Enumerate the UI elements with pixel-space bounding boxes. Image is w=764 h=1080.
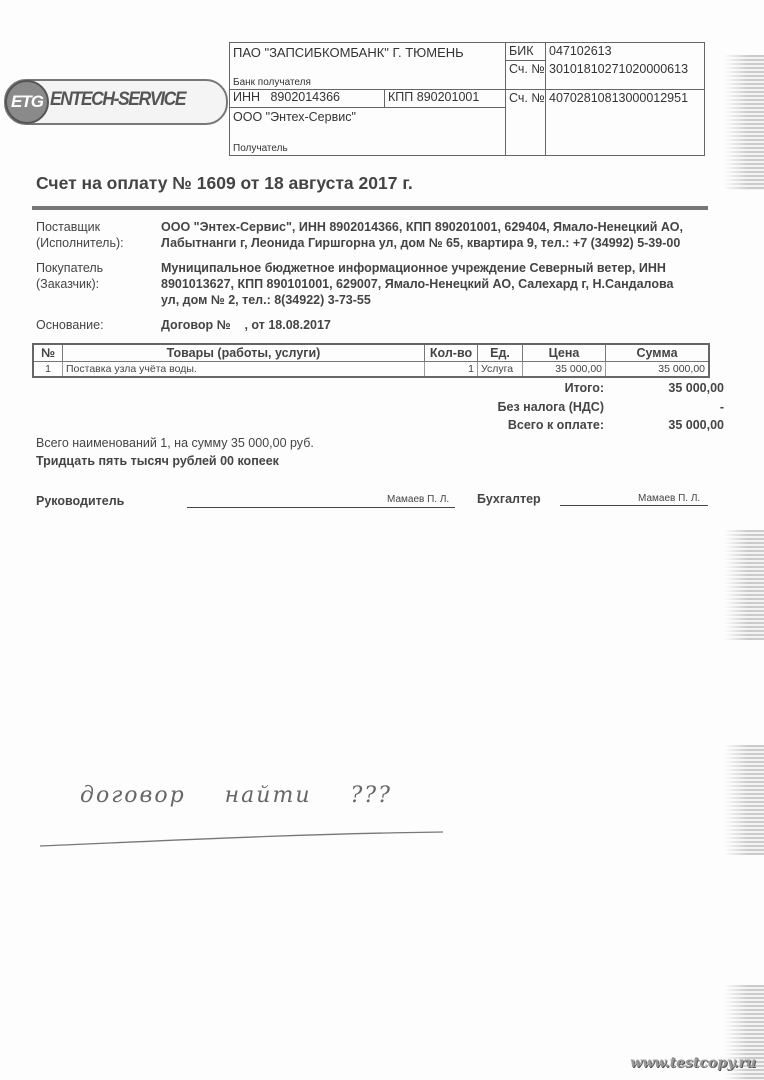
bank-details-table: ПАО "ЗАПСИБКОМБАНК" Г. ТЮМЕНЬ Банк получ… <box>229 42 705 156</box>
recipient-label: Получатель <box>233 143 288 154</box>
corr-account-value: 30101810271020000613 <box>546 61 704 89</box>
bank-name: ПАО "ЗАПСИБКОМБАНК" Г. ТЮМЕНЬ <box>233 45 464 60</box>
row-sum: 35 000,00 <box>606 362 710 378</box>
grand-total-value: 35 000,00 <box>604 418 724 437</box>
supplier-line-1: ООО "Энтех-Сервис", ИНН 8902014366, КПП … <box>161 219 683 235</box>
director-label: Руководитель <box>36 493 124 509</box>
buyer-label-line-1: Покупатель <box>36 260 103 276</box>
vat-label: Без налога (НДС) <box>404 400 604 419</box>
supplier-line-2: Лабытнанги г, Леонида Гиршгорна ул, дом … <box>161 235 683 251</box>
supplier-details: ООО "Энтех-Сервис", ИНН 8902014366, КПП … <box>161 219 683 251</box>
inn-value: 8902014366 <box>270 90 340 104</box>
bank-name-cell: ПАО "ЗАПСИБКОМБАНК" Г. ТЮМЕНЬ Банк получ… <box>230 43 506 89</box>
buyer-line-2: 8901013627, КПП 890101001, 629007, Ямало… <box>161 276 673 292</box>
vat-row: Без налога (НДС) - <box>404 400 724 419</box>
table-row: 1 Поставка узла учёта воды. 1 Услуга 35 … <box>33 362 709 378</box>
inn-label: ИНН <box>233 90 260 104</box>
bank-label: Банк получателя <box>233 77 311 88</box>
watermark: www.testcopy.ru <box>630 1055 756 1071</box>
buyer-line-1: Муниципальное бюджетное информационное у… <box>161 260 673 276</box>
col-sum: Сумма <box>606 344 710 362</box>
bik-label: БИК <box>506 43 546 61</box>
vat-value: - <box>604 400 724 419</box>
buyer-line-3: ул, дом № 2, тел.: 8(34922) 3-73-55 <box>161 292 673 308</box>
row-unit: Услуга <box>478 362 523 378</box>
invoice-title: Счет на оплату № 1609 от 18 августа 2017… <box>36 173 413 194</box>
supplier-label-line-1: Поставщик <box>36 219 124 235</box>
kpp-cell: КПП 890201001 <box>385 89 506 107</box>
supplier-label-line-2: (Исполнитель): <box>36 235 124 251</box>
items-table: № Товары (работы, услуги) Кол-во Ед. Цен… <box>32 343 710 378</box>
col-goods: Товары (работы, услуги) <box>63 344 425 362</box>
col-unit: Ед. <box>478 344 523 362</box>
scan-artifact <box>724 530 764 640</box>
scan-artifact <box>724 745 764 855</box>
corr-account-label: Сч. № <box>506 61 546 89</box>
total-value: 35 000,00 <box>604 381 724 400</box>
accountant-name: Мамаев П. Л. <box>638 493 700 504</box>
totals-block: Итого: 35 000,00 Без налога (НДС) - Всег… <box>404 381 724 437</box>
logo-brand-text: ENTECH-SERVICE <box>50 89 185 111</box>
inn-cell: ИНН 8902014366 <box>230 89 385 107</box>
director-name: Мамаев П. Л. <box>387 494 449 505</box>
buyer-label-line-2: (Заказчик): <box>36 276 103 292</box>
grand-total-label: Всего к оплате: <box>404 418 604 437</box>
col-price: Цена <box>523 344 606 362</box>
account-value: 40702810813000012951 <box>546 89 704 155</box>
account-label: Сч. № <box>506 89 546 155</box>
summary-count: Всего наименований 1, на сумму 35 000,00… <box>36 435 314 451</box>
supplier-label: Поставщик (Исполнитель): <box>36 219 124 251</box>
director-signature-line <box>187 507 455 508</box>
col-number: № <box>33 344 63 362</box>
grand-total-row: Всего к оплате: 35 000,00 <box>404 418 724 437</box>
col-qty: Кол-во <box>425 344 478 362</box>
recipient-cell: ООО "Энтех-Сервис" Получатель <box>230 107 506 155</box>
buyer-details: Муниципальное бюджетное информационное у… <box>161 260 673 308</box>
row-number: 1 <box>33 362 63 378</box>
title-divider <box>32 206 708 210</box>
row-qty: 1 <box>425 362 478 378</box>
company-logo: ETG ENTECH-SERVICE <box>4 79 228 125</box>
kpp-value: 890201001 <box>417 90 480 104</box>
total-row: Итого: 35 000,00 <box>404 381 724 400</box>
basis-value: Договор № , от 18.08.2017 <box>161 317 331 333</box>
bik-value: 047102613 <box>546 43 704 61</box>
row-name: Поставка узла учёта воды. <box>63 362 425 378</box>
summary-words: Тридцать пять тысяч рублей 00 копеек <box>36 453 279 469</box>
logo-emblem: ETG <box>5 80 49 124</box>
scan-artifact <box>724 55 764 190</box>
total-label: Итого: <box>404 381 604 400</box>
handwritten-note: договор найти ??? <box>80 783 392 808</box>
buyer-label: Покупатель (Заказчик): <box>36 260 103 292</box>
basis-label: Основание: <box>36 317 104 333</box>
handwritten-underline <box>38 826 448 850</box>
recipient-name: ООО "Энтех-Сервис" <box>233 110 356 124</box>
accountant-signature-line <box>560 505 708 506</box>
row-price: 35 000,00 <box>523 362 606 378</box>
kpp-label: КПП <box>388 90 413 104</box>
accountant-label: Бухгалтер <box>477 491 541 507</box>
items-table-header: № Товары (работы, услуги) Кол-во Ед. Цен… <box>33 344 709 362</box>
